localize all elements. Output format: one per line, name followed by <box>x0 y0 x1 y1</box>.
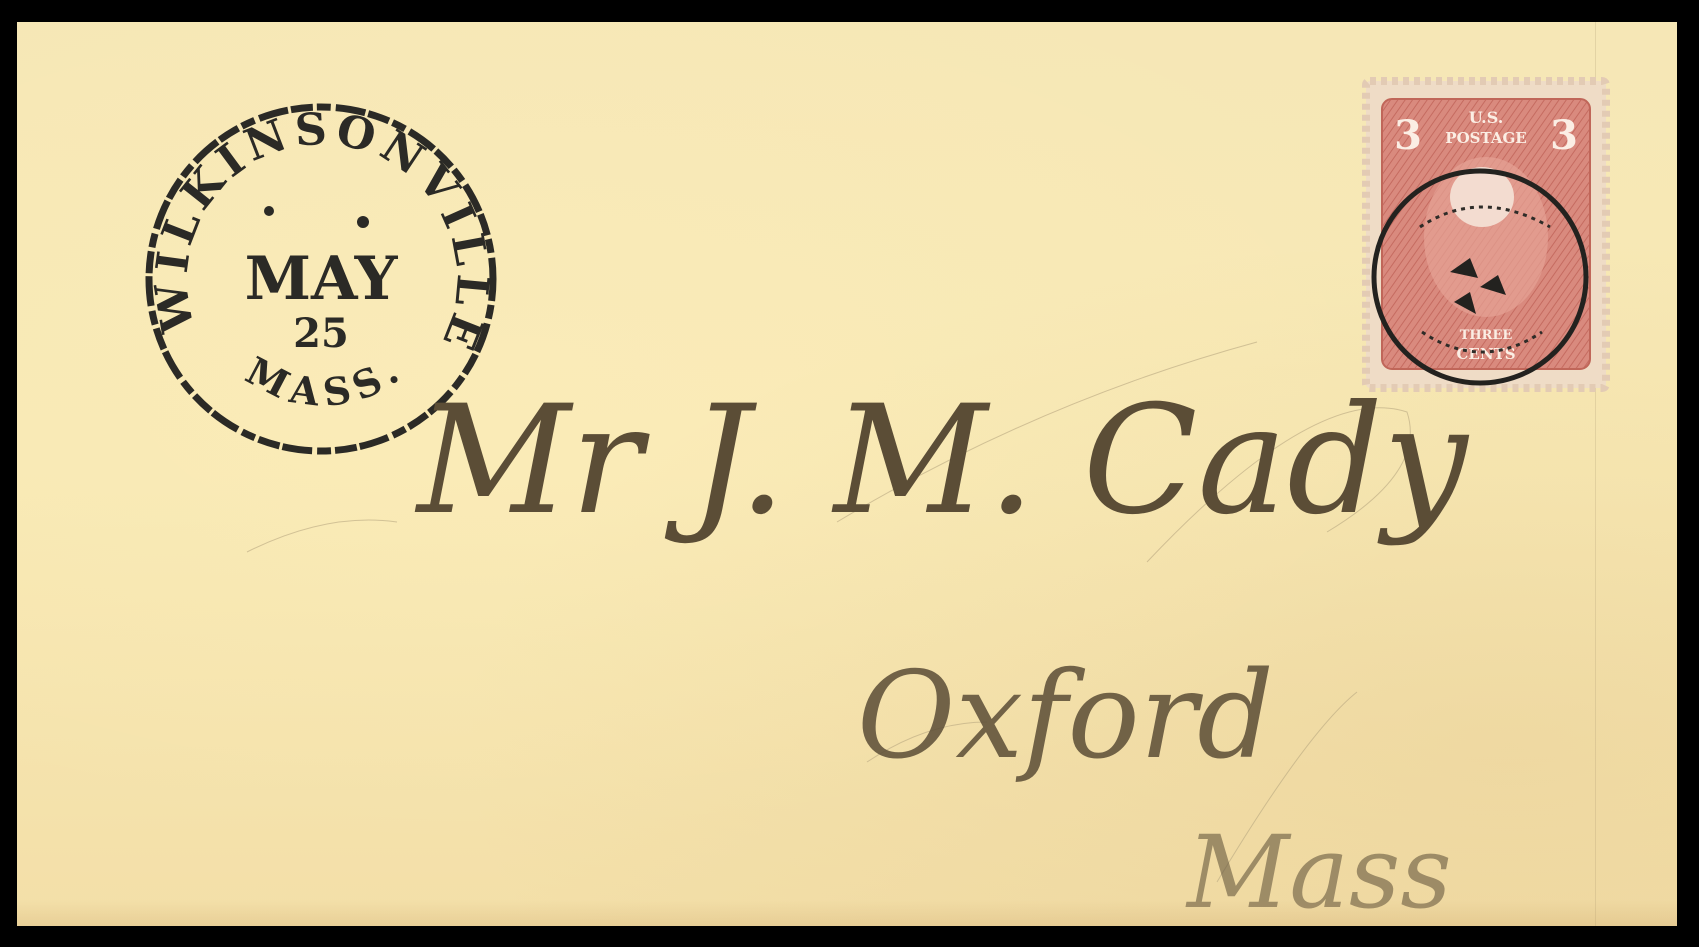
stamp-currency: CENTS <box>1456 345 1515 363</box>
postage-stamp: U.S. POSTAGE 3 3 THREE CENTS <box>1362 77 1610 392</box>
stamp-denomination-words: THREE <box>1460 328 1513 343</box>
envelope: WILKINSONVILLE MASS. MAY 25 <box>17 22 1677 926</box>
stamp-country: U.S. <box>1469 108 1504 127</box>
stamp-numeral-left: 3 <box>1394 112 1422 159</box>
address-city: Oxford <box>857 647 1274 786</box>
address-state: Mass <box>1185 814 1452 926</box>
postmark-day: 25 <box>293 310 349 357</box>
postmark-month: MAY <box>245 244 399 314</box>
address-name: Mr J. M. Cady <box>414 374 1470 548</box>
stamp-title: POSTAGE <box>1445 129 1526 147</box>
postmark-circle-icon: WILKINSONVILLE MASS. MAY 25 <box>131 89 511 469</box>
postmark: WILKINSONVILLE MASS. MAY 25 <box>131 89 511 469</box>
stamp-numeral-right: 3 <box>1550 112 1578 159</box>
